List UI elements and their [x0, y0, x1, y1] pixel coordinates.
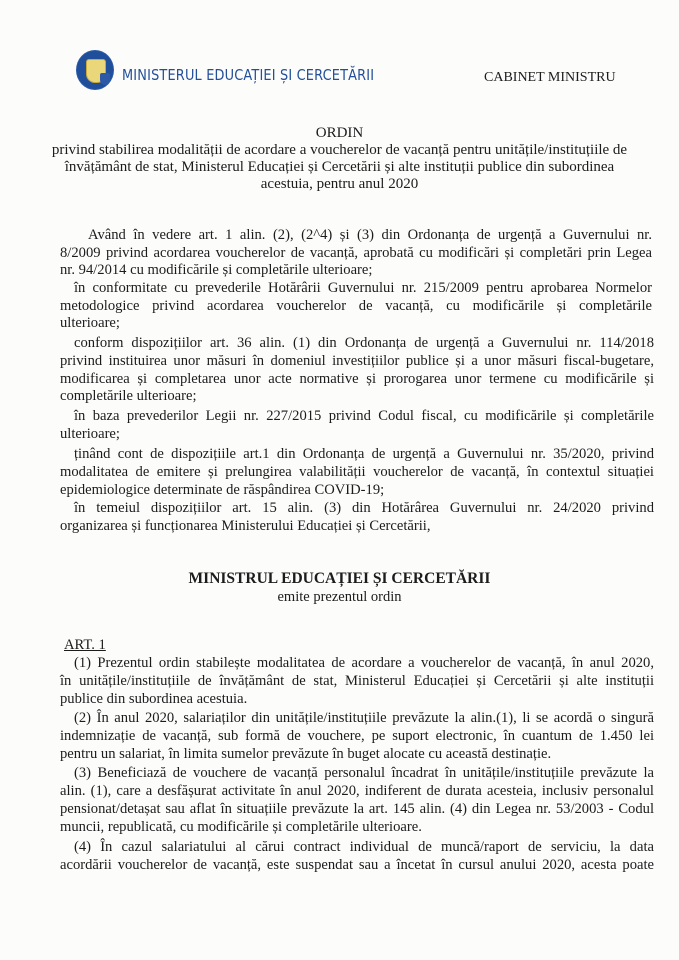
- title-line: învățământ de stat, Ministerul Educației…: [0, 159, 679, 176]
- article-line: (1) Prezentul ordin stabilește modalitat…: [74, 654, 654, 672]
- preamble-line: în conformitate cu prevederile Hotărârii…: [74, 279, 652, 297]
- ministry-name: MINISTERUL EDUCAȚIEI ȘI CERCETĂRII: [122, 66, 374, 84]
- article-heading: ART. 1: [64, 636, 164, 654]
- article-line: alin. (1), care a desfășurat activitate …: [60, 782, 654, 800]
- preamble-line: modalitatea de emitere și prelungirea va…: [60, 463, 654, 481]
- crest-shield-icon: [86, 59, 106, 83]
- preamble-line: nr. 94/2014 cu modificările și completăr…: [60, 261, 652, 279]
- title-line: acestuia, pentru anul 2020: [0, 176, 679, 193]
- preamble-line: organizarea și funcționarea Ministerului…: [60, 517, 654, 535]
- preamble-line: Având în vedere art. 1 alin. (2), (2^4) …: [88, 226, 652, 244]
- preamble-line: în temeiul dispozițiilor art. 15 alin. (…: [74, 499, 654, 517]
- preamble-line: modificarea și completarea unor acte nor…: [60, 370, 654, 388]
- article-line: pensionat/detașat sau aflat în situațiil…: [60, 800, 654, 818]
- crest-center-icon: [100, 73, 110, 85]
- article-line: pentru un salariat, în limita sumelor pr…: [60, 745, 654, 763]
- preamble-line: în baza prevederilor Legii nr. 227/2015 …: [74, 407, 654, 425]
- article-line: acordării voucherelor de vacanță, este s…: [60, 856, 654, 874]
- issuer-name: MINISTRUL EDUCAȚIEI ȘI CERCETĂRII: [0, 570, 679, 588]
- article-line: (4) În cazul salariatului al cărui contr…: [74, 838, 654, 856]
- preamble-line: ulterioare;: [60, 314, 652, 332]
- article-line: publice din subordinea acestuia.: [60, 690, 654, 708]
- article-line: în unitățile/instituțiile de învățământ …: [60, 672, 654, 690]
- government-crest-icon: [77, 51, 113, 89]
- article-line: (2) În anul 2020, salariaților din unită…: [74, 709, 654, 727]
- document-type-heading: ORDIN: [0, 125, 679, 142]
- preamble-line: epidemiologice determinate de răspândire…: [60, 481, 654, 499]
- article-line: indemnizație de vacanță, sub formă de vo…: [60, 727, 654, 745]
- preamble-line: conform dispozițiilor art. 36 alin. (1) …: [74, 334, 654, 352]
- preamble-line: ulterioare;: [60, 425, 654, 443]
- article-line: muncii, republicată, cu modificările și …: [60, 818, 654, 836]
- preamble-line: ținând cont de dispozițiile art.1 din Or…: [74, 445, 654, 463]
- title-line: privind stabilirea modalității de acorda…: [0, 142, 679, 159]
- preamble-line: metodologice privind acordarea voucherel…: [60, 297, 652, 315]
- article-line: (3) Beneficiază de vouchere de vacanță p…: [74, 764, 654, 782]
- preamble-line: privind instituirea unor măsuri în domen…: [60, 352, 654, 370]
- document-page: MINISTERUL EDUCAȚIEI ȘI CERCETĂRII CABIN…: [0, 0, 679, 960]
- cabinet-label: CABINET MINISTRU: [484, 70, 616, 86]
- preamble-line: 8/2009 privind acordarea voucherelor de …: [60, 244, 652, 262]
- preamble-line: completările ulterioare;: [60, 387, 654, 405]
- issuer-action: emite prezentul ordin: [0, 589, 679, 606]
